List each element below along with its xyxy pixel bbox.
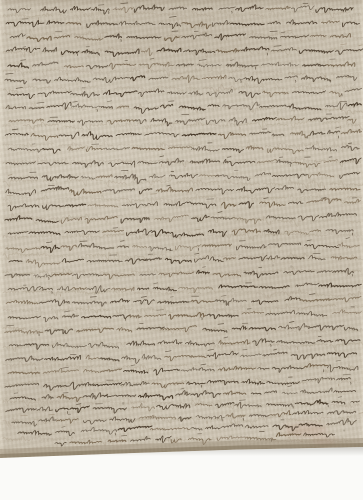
handwriting-ink-layer (0, 0, 363, 500)
scanned-letter-page: le 25. (0, 0, 363, 500)
letter-paper-sheet: le 25. (0, 0, 363, 500)
showthrough-writing-layer (2, 8, 363, 447)
